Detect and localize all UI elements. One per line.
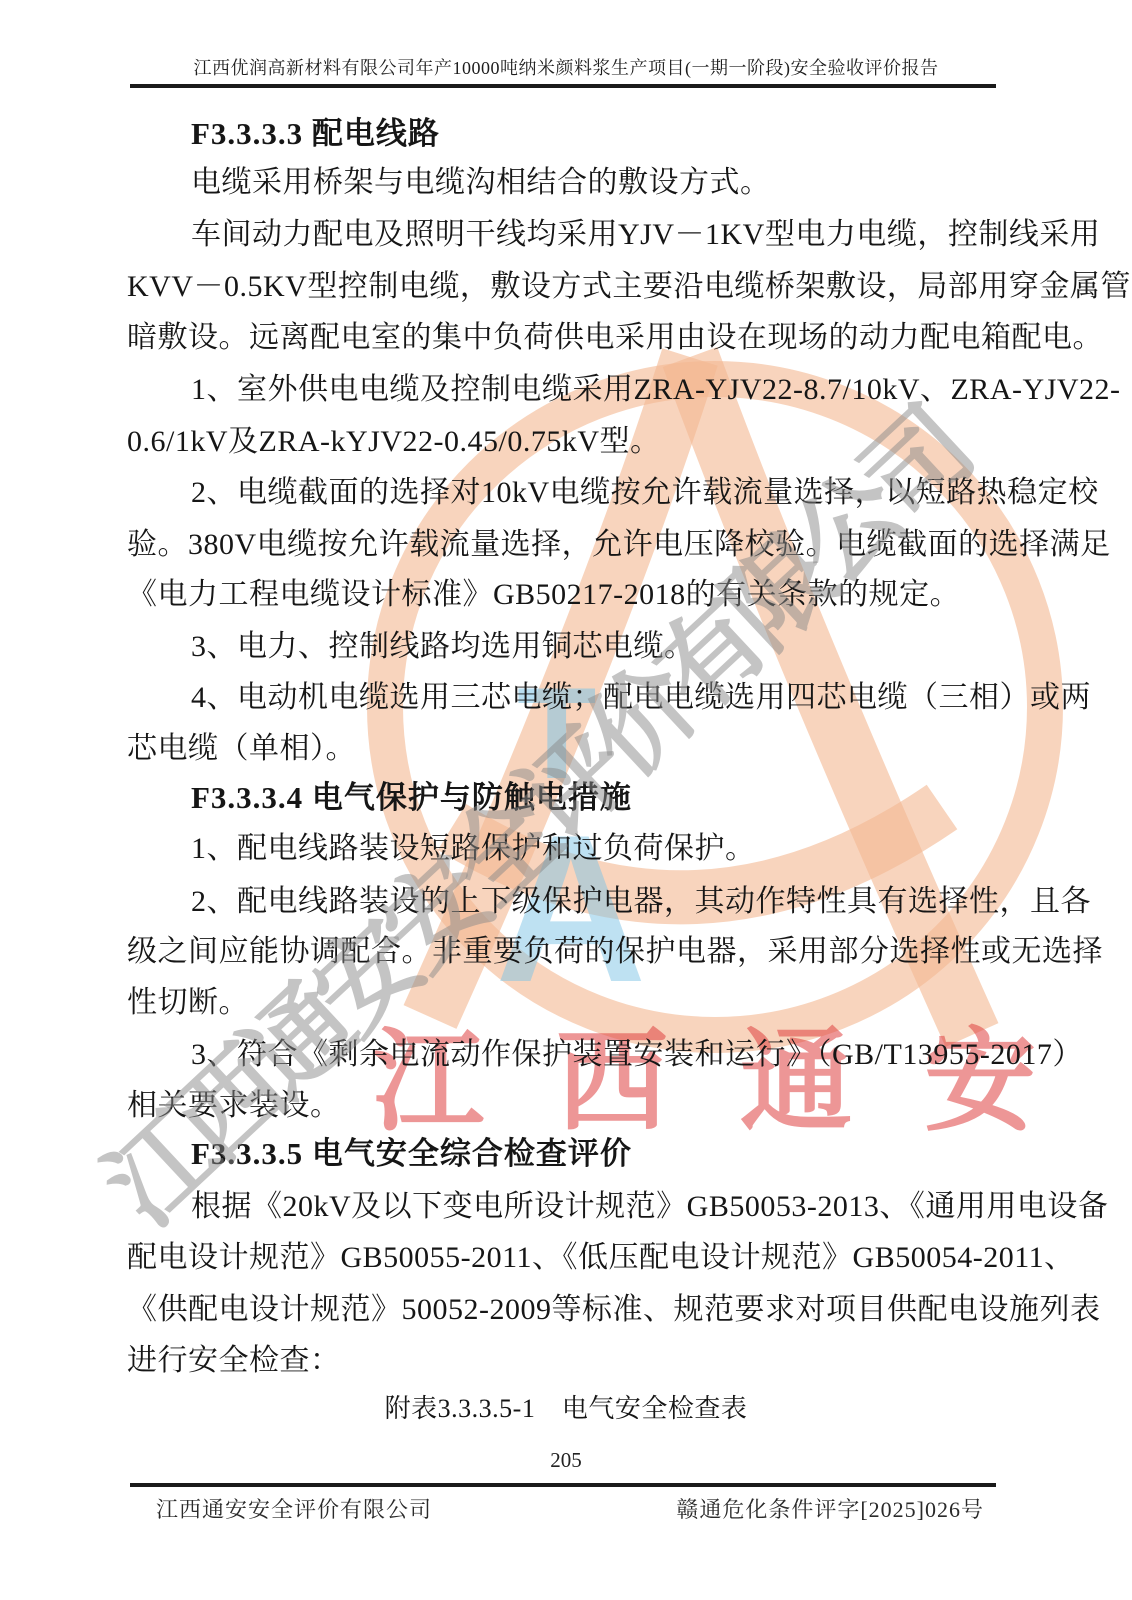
section-heading-f3334: F3.3.3.4 电气保护与防触电措施 [191,772,632,817]
section-heading-f3335: F3.3.3.5 电气安全综合检查评价 [191,1128,632,1173]
body-line: 《供配电设计规范》50052-2009等标准、规范要求对项目供配电设施列表 [127,1284,1101,1328]
body-line: 暗敷设。远离配电室的集中负荷供电采用由设在现场的动力配电箱配电。 [127,312,1103,356]
body-line: 配电设计规范》GB50055-2011、《低压配电设计规范》GB50054-20… [127,1232,1075,1276]
report-header-title: 江西优润高新材料有限公司年产10000吨纳米颜料浆生产项目(一期一阶段)安全验收… [0,54,1132,80]
body-line: 进行安全检查： [127,1335,341,1379]
body-line: 性切断。 [127,977,249,1021]
document-page: T A 江西通安 江西优润高新材料有限公司年产10000吨纳米颜料浆生产项目(一… [0,0,1132,1600]
body-line: 3、电力、控制线路均选用铜芯电缆。 [191,621,695,665]
section-heading-f3333: F3.3.3.3 配电线路 [191,108,440,153]
body-line: 根据《20kV及以下变电所设计规范》GB50053-2013、《通用用电设备 [191,1181,1108,1225]
footer-doc-number: 赣通危化条件评字[2025]026号 [676,1493,984,1524]
body-line: 2、配电线路装设的上下级保护电器，其动作特性具有选择性，且各 [191,876,1091,920]
body-line: 2、电缆截面的选择对10kV电缆按允许载流量选择，以短路热稳定校 [191,467,1099,511]
body-line: 1、室外供电电缆及控制电缆采用ZRA-YJV22-8.7/10kV、ZRA-YJ… [191,364,1120,408]
body-line: 级之间应能协调配合。非重要负荷的保护电器，采用部分选择性或无选择 [127,926,1103,970]
body-line: 1、配电线路装设短路保护和过负荷保护。 [191,823,756,867]
body-line: 电缆采用桥架与电缆沟相结合的敷设方式。 [191,157,771,201]
header-rule [130,84,996,88]
footer-rule [130,1483,996,1487]
footer-company: 江西通安安全评价有限公司 [156,1493,432,1524]
body-line: KVV－0.5KV型控制电缆，敷设方式主要沿电缆桥架敷设，局部用穿金属管 [127,261,1131,305]
body-line: 《电力工程电缆设计标准》GB50217-2018的有关条款的规定。 [127,569,960,613]
table-caption: 附表3.3.3.5-1 电气安全检查表 [0,1388,1132,1425]
body-line: 0.6/1kV及ZRA-kYJV22-0.45/0.75kV型。 [127,416,661,460]
page-number: 205 [0,1448,1132,1473]
body-line: 3、符合《剩余电流动作保护装置安装和运行》（GB/T13955-2017） [191,1029,1083,1073]
body-line: 4、电动机电缆选用三芯电缆；配电电缆选用四芯电缆（三相）或两 [191,672,1091,716]
body-line: 芯电缆（单相）。 [127,723,356,767]
body-line: 车间动力配电及照明干线均采用YJV－1KV型电力电缆，控制线采用 [191,209,1100,253]
body-line: 相关要求装设。 [127,1080,341,1124]
body-line: 验。380V电缆按允许载流量选择，允许电压降校验。电缆截面的选择满足 [127,519,1111,563]
